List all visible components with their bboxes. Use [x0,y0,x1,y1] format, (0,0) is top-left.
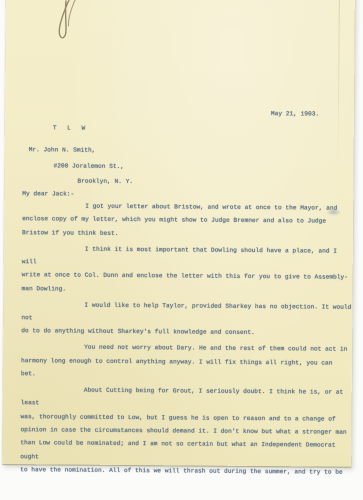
letter-paragraph: I would like to help Taylor, provided Sh… [21,298,353,341]
recipient-city: Brooklyn, N. Y. [77,178,133,185]
letter-paragraph: I got your letter about Bristow, and wro… [22,199,354,242]
salutation: My dear Jack:- [22,190,74,197]
letter-page: May 21, 1903. T L W Mr. John N. Smith, #… [2,0,355,467]
letter-paragraph: About Cutting being for Grout, I serious… [20,383,353,479]
paperclip-mark [45,0,83,44]
letter-body: I got your letter about Bristow, and wro… [20,199,354,481]
typist-initials: T L W [53,124,89,131]
letter-date: May 21, 1903. [271,110,319,117]
letter-scan: May 21, 1903. T L W Mr. John N. Smith, #… [0,0,363,500]
letter-paragraph: I think it is most important that Dowlin… [22,242,354,298]
recipient-street: #200 Joralemon St., [53,162,123,170]
paper-crease [337,0,340,176]
letter-paragraph: You need not worry about Dary. He and th… [21,340,353,383]
recipient-name: Mr. John N. Smith, [29,146,96,154]
